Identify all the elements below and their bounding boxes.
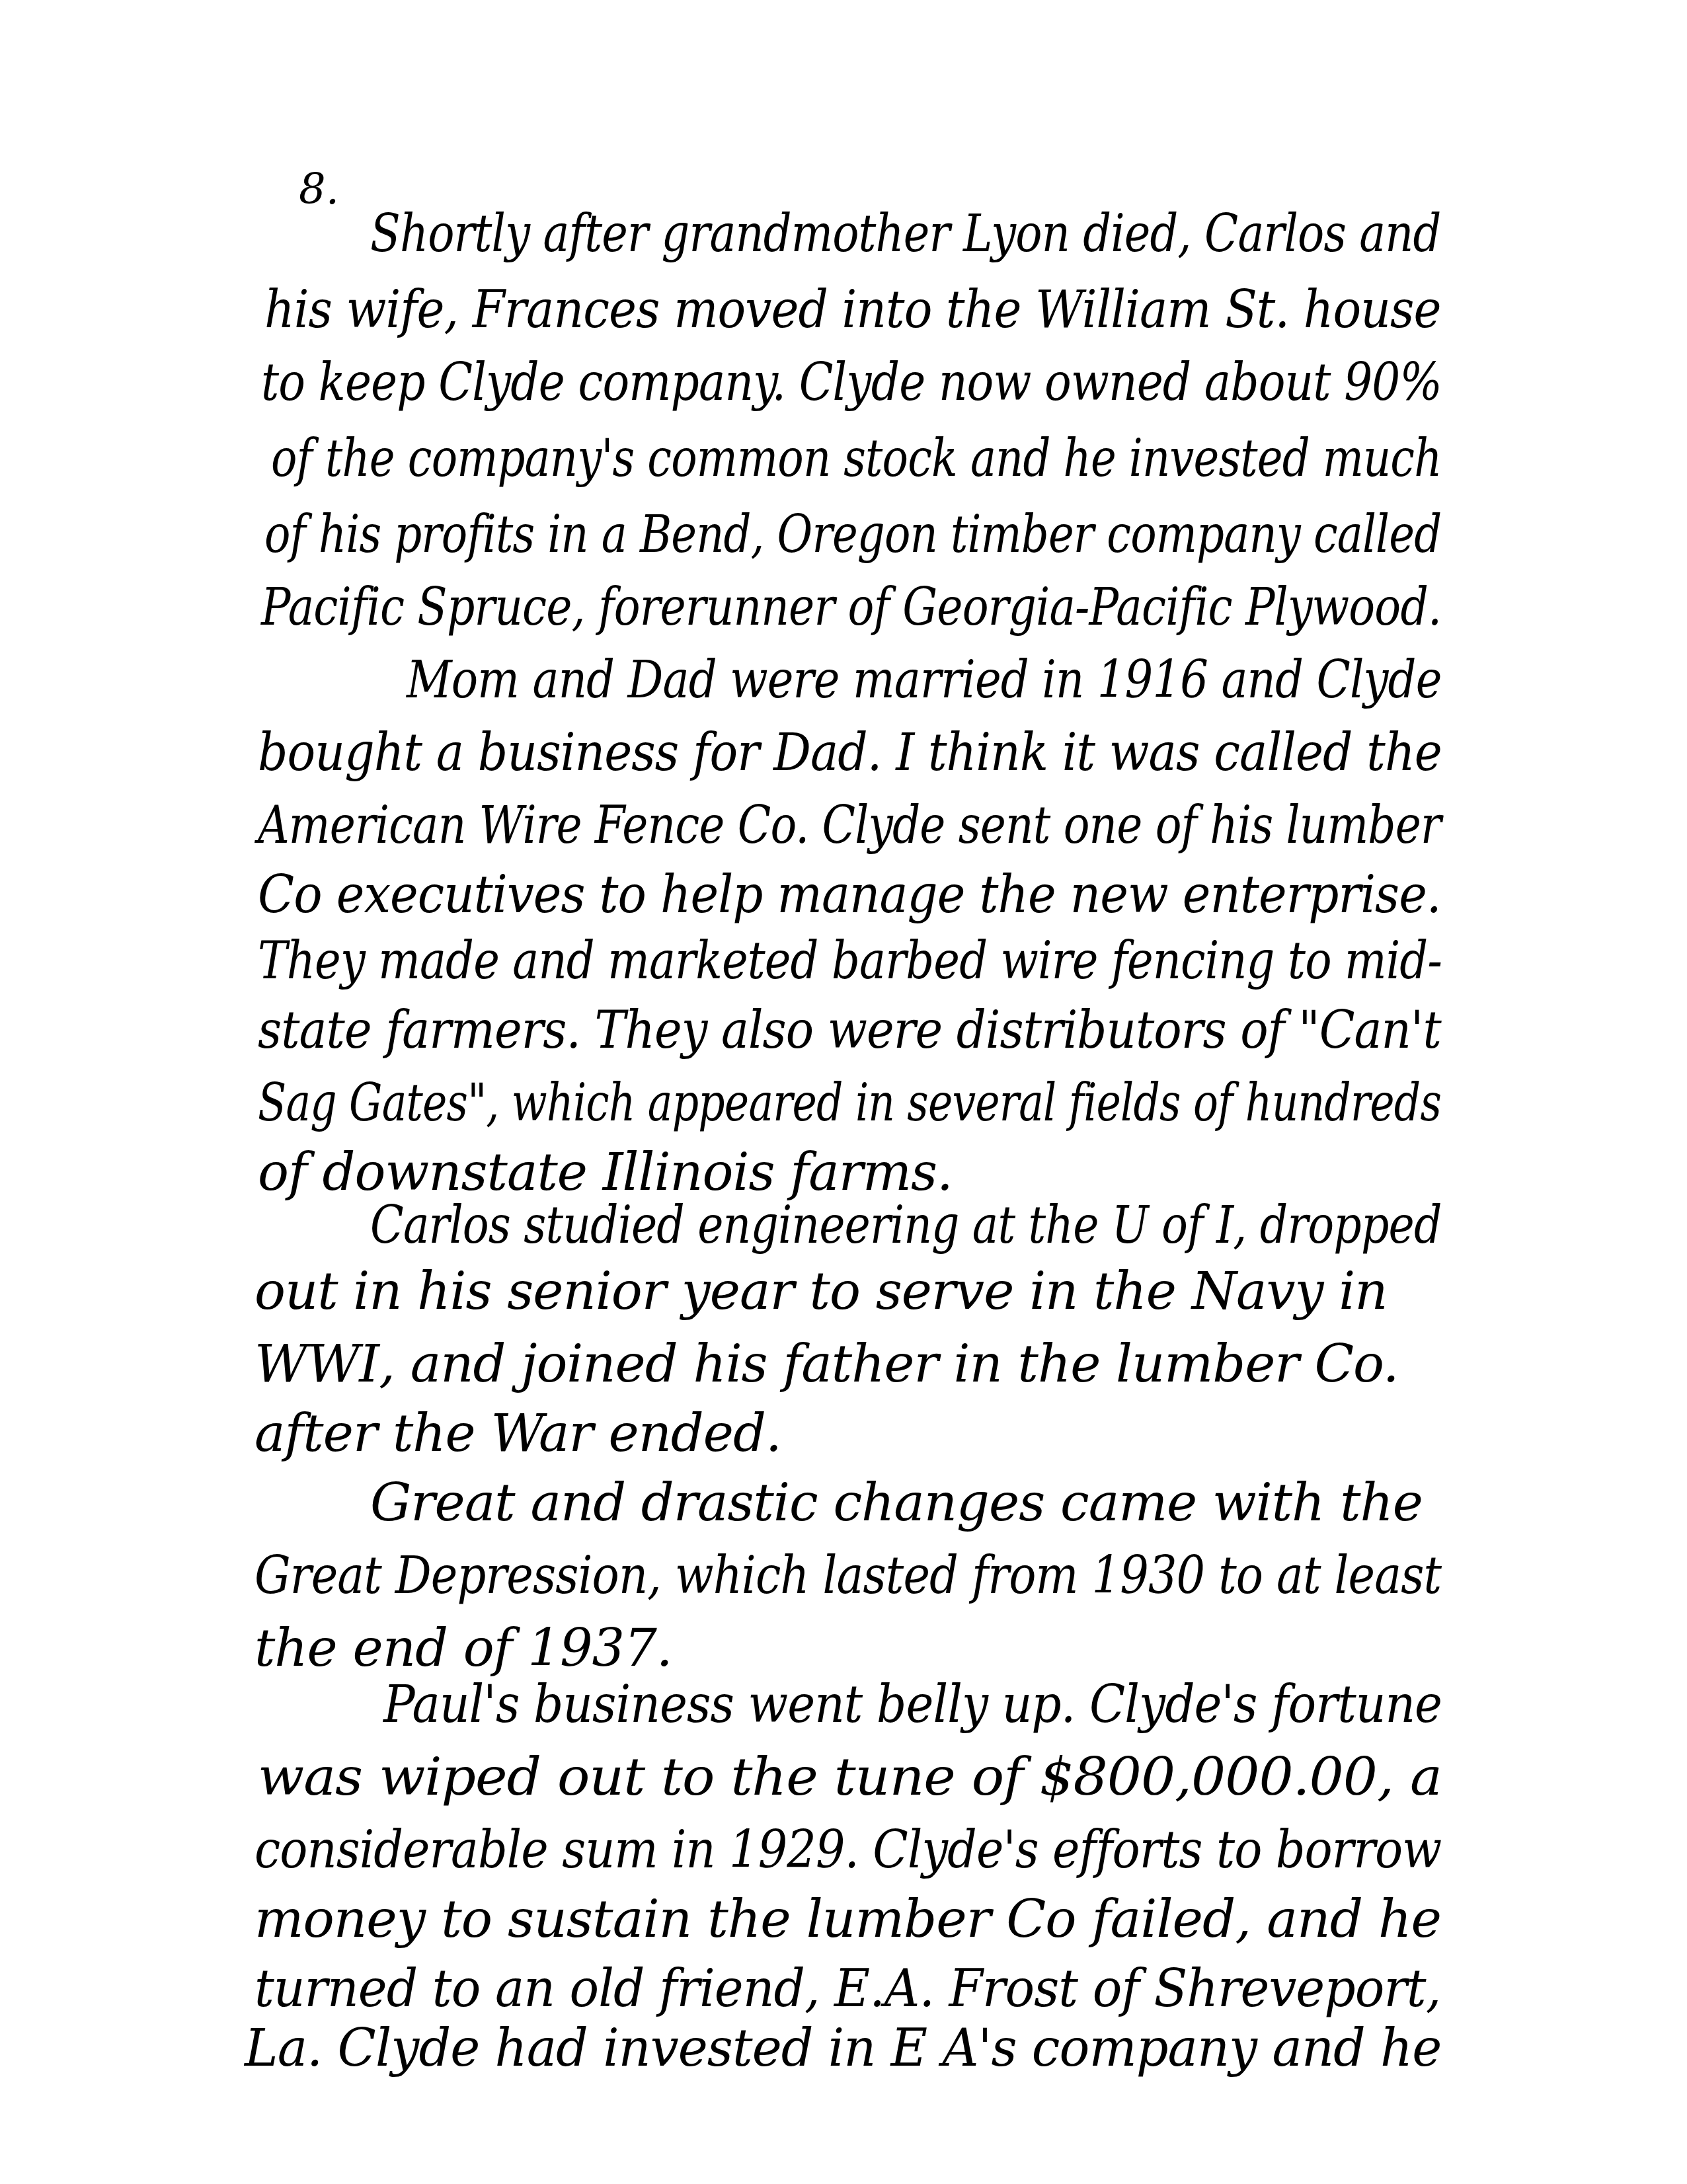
text-line: turned to an old friend, E.A. Frost of S…	[255, 1963, 1440, 2015]
text-line: They made and marketed barbed wire fenci…	[258, 935, 1442, 987]
text-line: money to sustain the lumber Co failed, a…	[255, 1894, 1441, 1945]
text-line: state farmers. They also were distributo…	[258, 1005, 1441, 1056]
text-line: Great and drastic changes came with the	[370, 1477, 1423, 1529]
text-line: bought a business for Dad. I think it wa…	[258, 727, 1442, 779]
page-number: 8.	[299, 169, 339, 211]
text-line: of the company's common stock and he inv…	[271, 433, 1442, 485]
text-line: was wiped out to the tune of $800,000.00…	[258, 1752, 1442, 1803]
text-line: his wife, Frances moved into the William…	[264, 284, 1441, 336]
text-line: Paul's business went belly up. Clyde's f…	[383, 1679, 1442, 1731]
text-line: La. Clyde had invested in E A's company …	[245, 2023, 1441, 2074]
text-line: Shortly after grandmother Lyon died, Car…	[370, 208, 1440, 260]
text-line: Carlos studied engineering at the U of I…	[370, 1200, 1441, 1251]
text-line: Sag Gates", which appeared in several fi…	[258, 1077, 1441, 1129]
text-line: American Wire Fence Co. Clyde sent one o…	[258, 800, 1441, 851]
handwritten-page: 8. Shortly after grandmother Lyon died, …	[0, 0, 1687, 2184]
text-line: of his profits in a Bend, Oregon timber …	[264, 509, 1441, 561]
text-line: the end of 1937.	[255, 1623, 672, 1674]
text-line: out in his senior year to serve in the N…	[255, 1266, 1388, 1317]
text-line: Great Depression, which lasted from 1930…	[255, 1550, 1441, 1602]
text-line: of downstate Illinois farms.	[258, 1147, 953, 1198]
text-line: considerable sum in 1929. Clyde's effort…	[255, 1824, 1441, 1876]
text-line: Mom and Dad were married in 1916 and Cly…	[407, 654, 1442, 706]
text-line: after the War ended.	[255, 1408, 781, 1460]
text-line: Co executives to help manage the new ent…	[258, 869, 1441, 921]
text-line: WWI, and joined his father in the lumber…	[255, 1339, 1399, 1390]
text-line: to keep Clyde company. Clyde now owned a…	[261, 357, 1442, 409]
text-line: Pacific Spruce, forerunner of Georgia-Pa…	[261, 582, 1441, 633]
